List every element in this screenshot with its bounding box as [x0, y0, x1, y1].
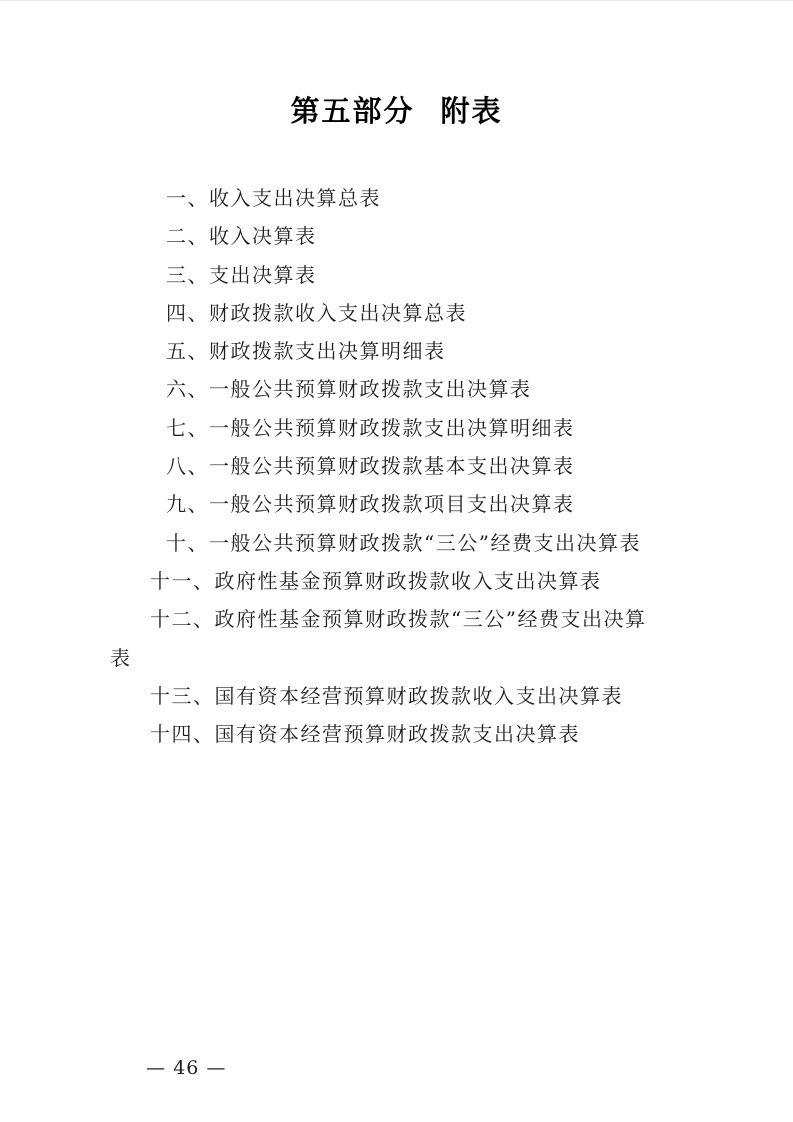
list-item: 二、收入决算表 [110, 217, 707, 255]
document-page: 第五部分 附表 一、收入支出决算总表二、收入决算表三、支出决算表四、财政拨款收入… [0, 0, 793, 1122]
list-item: 七、一般公共预算财政拨款支出决算明细表 [110, 409, 707, 447]
list-item: 六、一般公共预算财政拨款支出决算表 [110, 370, 707, 408]
list-item: 一、收入支出决算总表 [110, 179, 707, 217]
page-footer: — 46 — [118, 1032, 226, 1104]
list-item: 八、一般公共预算财政拨款基本支出决算表 [110, 447, 707, 485]
appendix-table-list: 一、收入支出决算总表二、收入决算表三、支出决算表四、财政拨款收入支出决算总表五、… [110, 179, 707, 753]
list-item: 四、财政拨款收入支出决算总表 [110, 294, 707, 332]
list-item: 十、一般公共预算财政拨款“三公”经费支出决算表 [110, 524, 707, 562]
list-item: 三、支出决算表 [110, 256, 707, 294]
list-item: 十一、政府性基金预算财政拨款收入支出决算表 [110, 562, 707, 600]
page-title: 第五部分 附表 [0, 93, 793, 129]
page-number: — 46 — [146, 1057, 226, 1079]
list-item: 五、财政拨款支出决算明细表 [110, 332, 707, 370]
list-item: 九、一般公共预算财政拨款项目支出决算表 [110, 485, 707, 523]
list-item: 十四、国有资本经营预算财政拨款支出决算表 [110, 715, 707, 753]
list-item: 十二、政府性基金预算财政拨款“三公”经费支出决算表 [110, 600, 707, 677]
list-item: 十三、国有资本经营预算财政拨款收入支出决算表 [110, 677, 707, 715]
